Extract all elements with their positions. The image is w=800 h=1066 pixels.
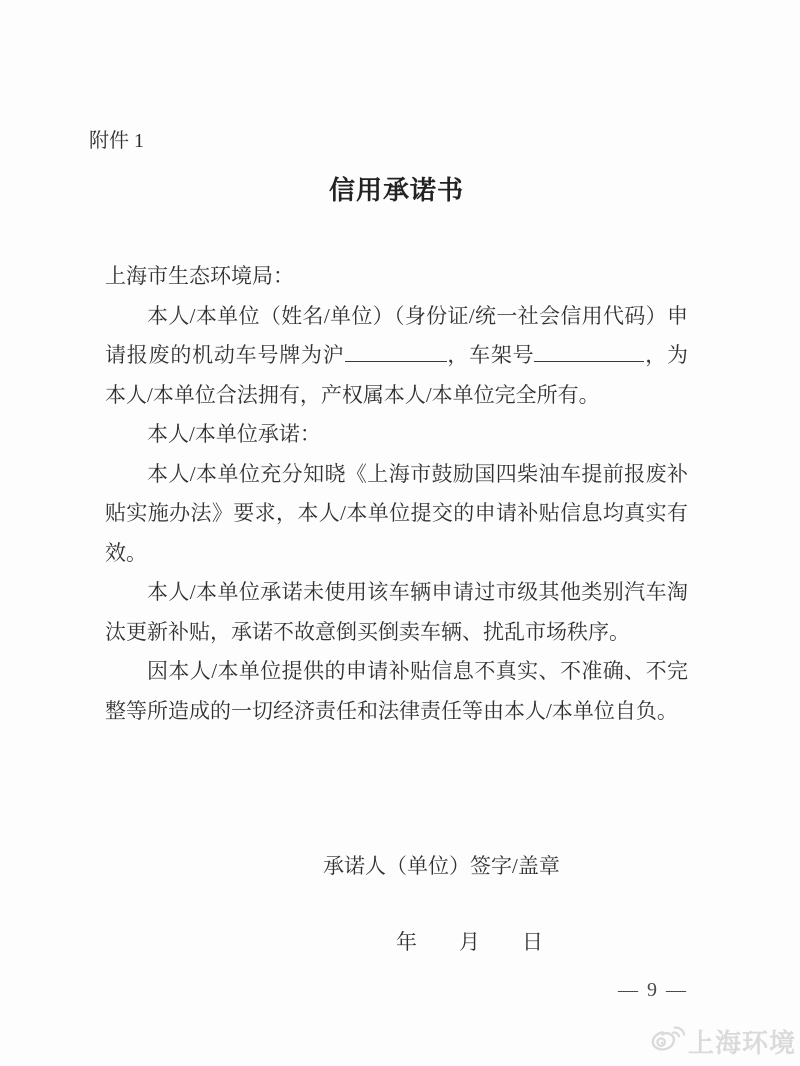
attachment-label: 附件 1 — [89, 124, 144, 153]
document-body: 上海市生态环境局： 本人/本单位（姓名/单位）（身份证/统一社会信用代码）申请报… — [105, 257, 688, 731]
document-page: 附件 1 信用承诺书 上海市生态环境局： 本人/本单位（姓名/单位）（身份证/统… — [0, 0, 800, 1066]
blank-vin-number — [534, 341, 644, 362]
watermark-text: 上海环境 — [688, 1023, 796, 1060]
paragraph-liability: 因本人/本单位提供的申请补贴信息不真实、不准确、不完整等所造成的一切经济责任和法… — [105, 652, 688, 731]
watermark: 上海环境 — [649, 1023, 796, 1060]
blank-plate-number — [345, 341, 447, 362]
paragraph-vehicle-info: 本人/本单位（姓名/单位）（身份证/统一社会信用代码）申请报废的机动车号牌为沪，… — [105, 297, 688, 416]
signature-line: 承诺人（单位）签字/盖章 — [323, 850, 560, 880]
page-number: — 9 — — [105, 979, 692, 1002]
weibo-icon — [649, 1024, 685, 1059]
paragraph-policy-acknowledgement: 本人/本单位充分知晓《上海市鼓励国四柴油车提前报废补贴实施办法》要求，本人/本单… — [105, 455, 688, 574]
paragraph-commitment-intro: 本人/本单位承诺： — [105, 415, 688, 455]
salutation: 上海市生态环境局： — [105, 257, 688, 297]
document-title: 信用承诺书 — [105, 170, 688, 207]
date-line: 年 月 日 — [396, 926, 543, 956]
paragraph-vehicle-info-seg2: ，车架号 — [447, 343, 535, 367]
paragraph-no-other-subsidy: 本人/本单位承诺未使用该车辆申请过市级其他类别汽车淘汰更新补贴，承诺不故意倒买倒… — [105, 573, 688, 652]
